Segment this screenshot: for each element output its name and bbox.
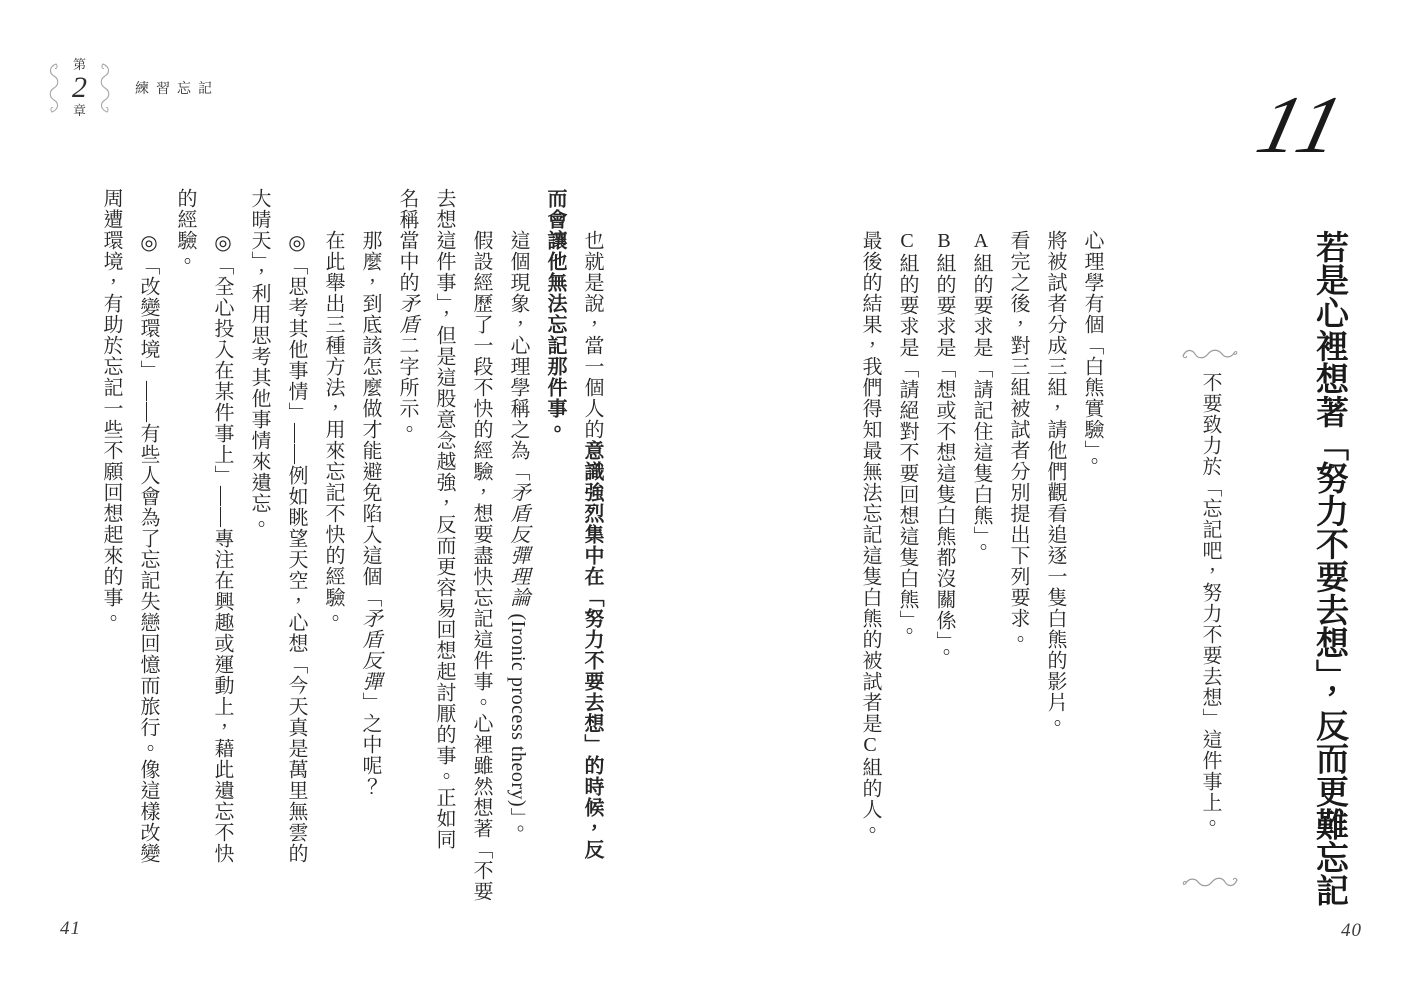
text-segment: C [859, 734, 881, 757]
chapter-label: 第 2 章 [72, 58, 87, 117]
subtitle-block: 不要致力於「忘記吧，努力不要去想」這件事上。 [1182, 346, 1238, 894]
text-segment: 而會讓他無法忘記那件事。 [544, 188, 566, 440]
chapter-suffix: 章 [73, 104, 86, 118]
text-segment: 那麼，到底該怎麼做才能避免陷入這個「 [359, 230, 381, 608]
text-column: C組的要求是「請絕對不要回想這隻白熊」。 [888, 188, 925, 923]
text-segment: 意識強烈集中在「努力不要去想」的時候，反 [581, 440, 603, 860]
text-segment: 名稱當中的 [396, 188, 418, 293]
text-column: 在此舉出三種方法，用來忘記不快的經驗。 [314, 188, 351, 923]
text-column: 名稱當中的矛盾二字所示。 [388, 188, 425, 923]
text-column: 周遭環境，有助於忘記一些不願回想起來的事。 [92, 188, 129, 923]
text-segment: 矛盾反彈 [359, 608, 381, 692]
section-number: 11 [1250, 84, 1354, 166]
text-column: 那麼，到底該怎麼做才能避免陷入這個「矛盾反彈」之中呢？ [351, 188, 388, 923]
text-segment: 這個現象，心理學稱之為「 [507, 230, 529, 482]
text-segment: 周遭環境，有助於忘記一些不願回想起來的事。 [100, 188, 122, 629]
chapter-header: 第 2 章 練習忘記 [46, 58, 219, 117]
text-segment: 」。 [507, 807, 529, 839]
text-column: ◎「思考其他事情」——例如眺望天空，心想「今天真是萬里無雲的 [277, 188, 314, 923]
page-number-left: 41 [60, 918, 81, 940]
flourish-ornament-bottom [1182, 874, 1238, 890]
section-subtitle: 不要致力於「忘記吧，努力不要去想」這件事上。 [1196, 372, 1224, 864]
text-segment: 」之中呢？ [359, 692, 381, 797]
text-segment: C [896, 230, 918, 253]
chapter-number: 2 [72, 73, 87, 103]
text-column: 去想這件事」，但是這股意念越強，反而更容易回想起討厭的事。正如同 [425, 188, 462, 923]
text-segment: 假設經歷了一段不快的經驗，想要盡快忘記這件事。心裡雖然想著「不要 [470, 230, 492, 902]
text-column: 這個現象，心理學稱之為「矛盾反彈理論 (Ironic process theor… [499, 188, 536, 923]
text-segment: 也就是說，當一個人的 [581, 230, 603, 440]
text-column: 心理學有個「白熊實驗」。 [1073, 188, 1110, 923]
text-segment: ◎「思考其他事情」——例如眺望天空，心想「今天真是萬里無雲的 [285, 230, 307, 864]
text-segment: 的經驗。 [174, 188, 196, 272]
flourish-ornament-top [1182, 346, 1238, 362]
text-segment: 組的要求是「想或不想這隻白熊都沒關係」。 [933, 253, 955, 663]
text-segment: (Ironic process theory) [507, 608, 529, 807]
text-segment: 組的人。 [859, 757, 881, 841]
text-column: 最後的結果，我們得知最無法忘記這隻白熊的被試者是C組的人。 [851, 188, 888, 923]
text-column: 也就是說，當一個人的意識強烈集中在「努力不要去想」的時候，反 [573, 188, 610, 923]
chapter-title: 練習忘記 [135, 78, 219, 98]
text-segment: 在此舉出三種方法，用來忘記不快的經驗。 [322, 230, 344, 629]
text-segment: 組的要求是「請記住這隻白熊」。 [970, 253, 992, 558]
text-segment: 矛盾反彈理論 [507, 482, 529, 608]
text-segment: 二字所示。 [396, 335, 418, 440]
text-segment: 大晴天」，利用思考其他事情來遺忘。 [248, 188, 270, 535]
text-column: 而會讓他無法忘記那件事。 [536, 188, 573, 923]
text-segment: 矛盾 [396, 293, 418, 335]
text-column: 的經驗。 [166, 188, 203, 923]
text-column: 大晴天」，利用思考其他事情來遺忘。 [240, 188, 277, 923]
text-segment: B [933, 230, 955, 253]
text-column: ◎「全心投入在某件事上」——專注在興趣或運動上，藉此遺忘不快 [203, 188, 240, 923]
body-text-left: 也就是說，當一個人的意識強烈集中在「努力不要去想」的時候，反而會讓他無法忘記那件… [70, 188, 610, 923]
book-spread: 11 若是心裡想著「努力不要去想」，反而更難忘記 不要致力於「忘記吧，努力不要去… [0, 0, 1410, 1000]
flourish-ornament-left [46, 63, 62, 113]
text-segment: 看完之後，對三組被試者分別提出下列要求。 [1007, 230, 1029, 650]
page-number-right: 40 [1341, 920, 1362, 942]
flourish-ornament-right [97, 63, 113, 113]
text-segment: 心理學有個「白熊實驗」。 [1081, 230, 1103, 472]
text-segment: ◎「全心投入在某件事上」——專注在興趣或運動上，藉此遺忘不快 [211, 230, 233, 864]
section-title: 若是心裡想著「努力不要去想」，反而更難忘記 [1302, 230, 1355, 935]
text-segment: ◎「改變環境」——有些人會為了忘記失戀回憶而旅行。像這樣改變 [137, 230, 159, 864]
text-segment: 將被試者分成三組，請他們觀看追逐一隻白熊的影片。 [1044, 230, 1066, 734]
text-segment: 最後的結果，我們得知最無法忘記這隻白熊的被試者是 [859, 230, 881, 734]
text-column: 看完之後，對三組被試者分別提出下列要求。 [999, 188, 1036, 923]
text-column: 假設經歷了一段不快的經驗，想要盡快忘記這件事。心裡雖然想著「不要 [462, 188, 499, 923]
text-column: ◎「改變環境」——有些人會為了忘記失戀回憶而旅行。像這樣改變 [129, 188, 166, 923]
chapter-prefix: 第 [73, 58, 86, 72]
text-column: 將被試者分成三組，請他們觀看追逐一隻白熊的影片。 [1036, 188, 1073, 923]
text-segment: 組的要求是「請絕對不要回想這隻白熊」。 [896, 253, 918, 642]
text-segment: 去想這件事」，但是這股意念越強，反而更容易回想起討厭的事。正如同 [433, 188, 455, 850]
body-text-right: 心理學有個「白熊實驗」。將被試者分成三組，請他們觀看追逐一隻白熊的影片。看完之後… [825, 188, 1110, 923]
text-column: B組的要求是「想或不想這隻白熊都沒關係」。 [925, 188, 962, 923]
text-column: A組的要求是「請記住這隻白熊」。 [962, 188, 999, 923]
text-segment: A [970, 230, 992, 253]
